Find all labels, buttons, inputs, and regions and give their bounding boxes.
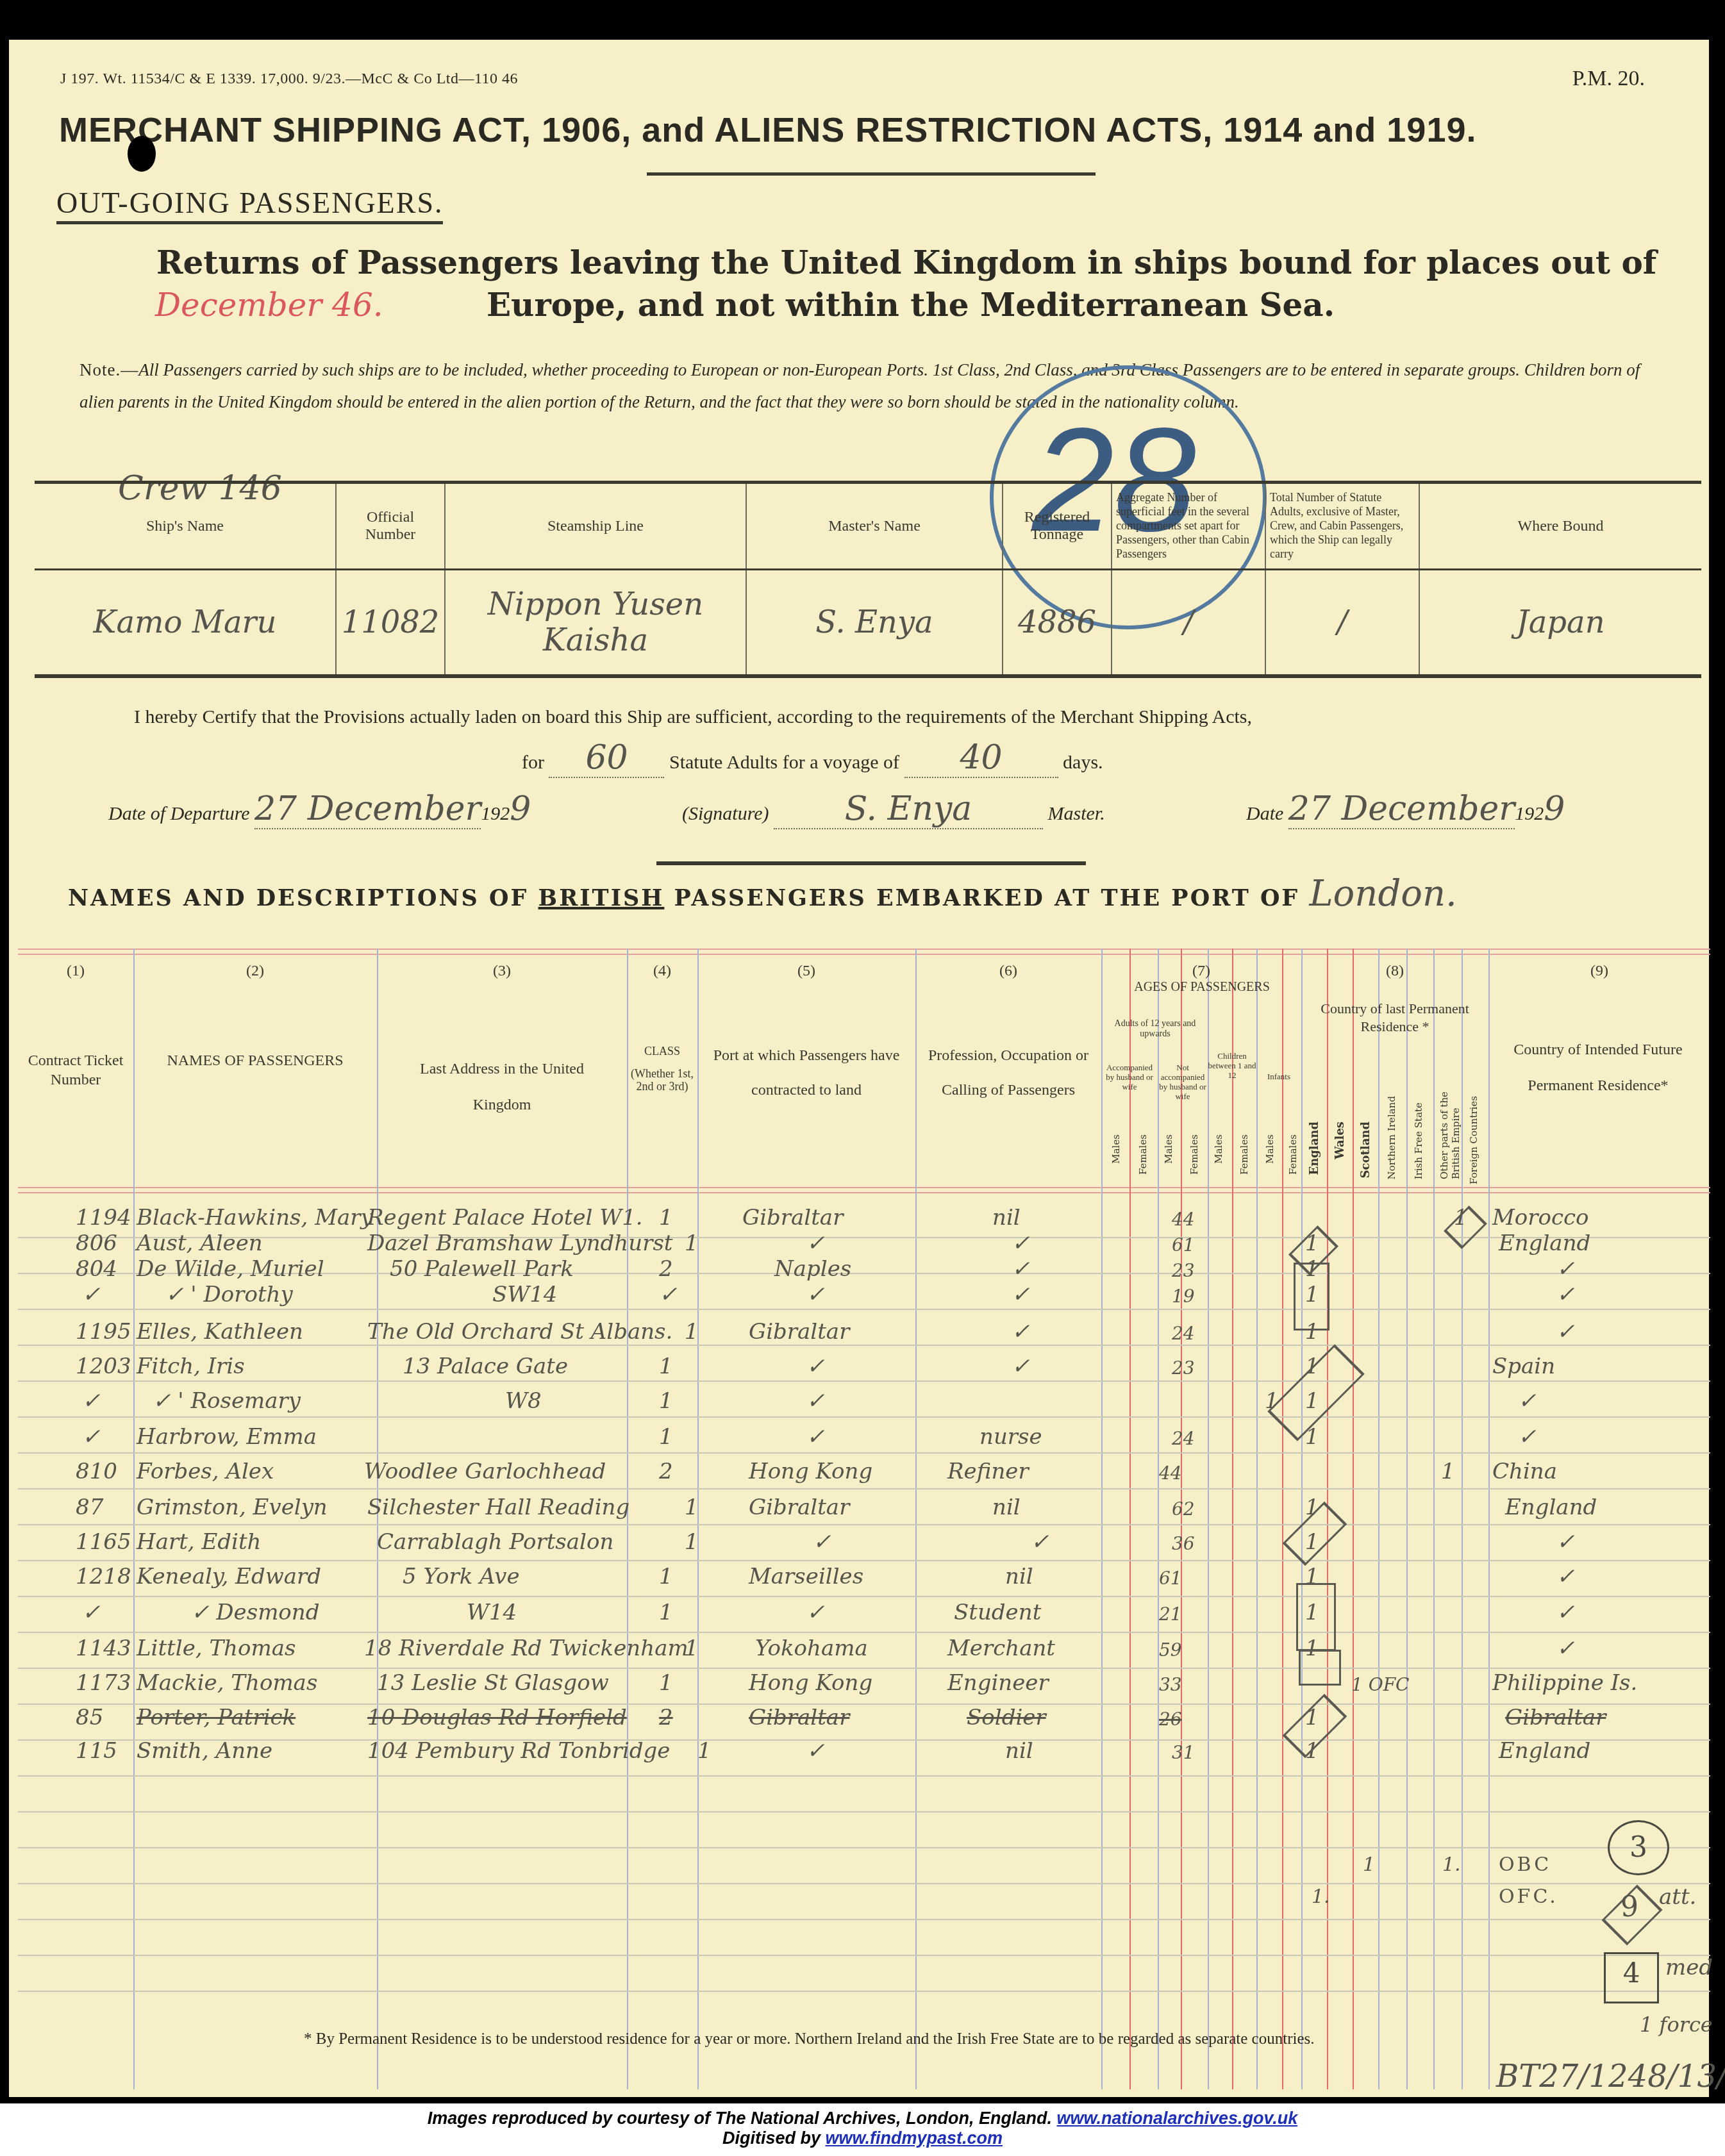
voyage-days-value: 40 xyxy=(904,738,1058,778)
last-address: The Old Orchard St Albans. xyxy=(367,1319,672,1345)
title-pre: NAMES AND DESCRIPTIONS OF xyxy=(68,885,528,911)
credit-text: Images reproduced by courtesy of The Nat… xyxy=(428,2109,1052,2128)
profession: Refiner xyxy=(947,1459,1029,1484)
port-of-landing: Hong Kong xyxy=(749,1459,872,1484)
signature-label: (Signature) xyxy=(682,803,769,824)
tally-mark: 1. xyxy=(1312,1886,1330,1908)
last-address: 5 York Ave xyxy=(403,1564,520,1589)
header-last-address: Last Address in the United Kingdom xyxy=(390,1051,614,1123)
header-ship-name: Ship's Name xyxy=(35,483,336,570)
port-of-landing: ✓ xyxy=(806,1231,825,1256)
ticket-number: 1165 xyxy=(76,1529,131,1555)
future-residence: ✓ xyxy=(1556,1256,1575,1282)
port-of-landing: ✓ xyxy=(806,1738,825,1764)
credit-line-2: Digitised by www.findmypast.com xyxy=(0,2128,1725,2148)
class: 1 xyxy=(685,1231,699,1256)
diamond-mark xyxy=(1283,1502,1347,1566)
passenger-name: Forbes, Alex xyxy=(137,1459,274,1484)
passenger-name: Black-Hawkins, Mary xyxy=(137,1205,373,1231)
ticket-number: ✓ xyxy=(82,1600,101,1625)
last-address: 50 Palewell Park xyxy=(390,1256,574,1282)
col-num-7: (7) xyxy=(1101,961,1301,981)
age: 26 xyxy=(1159,1709,1182,1730)
header-where-bound: Where Bound xyxy=(1419,483,1701,570)
title-british: BRITISH xyxy=(538,885,665,911)
ticket-number: 1143 xyxy=(76,1636,131,1661)
note-label: Note.— xyxy=(79,360,138,379)
steamship-line: Nippon Yusen Kaisha xyxy=(445,570,746,676)
ticket-number: ✓ xyxy=(82,1282,101,1307)
port-of-landing: ✓ xyxy=(806,1600,825,1625)
statute-label: Statute Adults for a voyage of xyxy=(669,752,899,773)
port-of-landing: ✓ xyxy=(806,1282,825,1307)
last-address: 10 Douglas Rd Horfield xyxy=(367,1705,627,1730)
age: 21 xyxy=(1159,1604,1182,1625)
note: Note.—All Passengers carried by such shi… xyxy=(79,354,1656,418)
passenger-name: Grimston, Evelyn xyxy=(137,1495,328,1520)
days-label: days. xyxy=(1063,752,1103,773)
age: 36 xyxy=(1172,1533,1195,1554)
port-of-landing: Gibraltar xyxy=(749,1495,849,1520)
port-of-landing: Gibraltar xyxy=(749,1705,849,1730)
class: 1 xyxy=(659,1600,673,1625)
future-residence: ✓ xyxy=(1556,1529,1575,1555)
age: 19 xyxy=(1172,1286,1195,1307)
residence-mark: 1 xyxy=(1441,1459,1455,1484)
port-of-landing: ✓ xyxy=(806,1354,825,1379)
credit-line-1: Images reproduced by courtesy of The Nat… xyxy=(0,2103,1725,2128)
age: 33 xyxy=(1159,1674,1182,1695)
profession: ✓ xyxy=(1012,1319,1030,1345)
ticket-number: ✓ xyxy=(82,1388,101,1414)
port-of-embarkation: London. xyxy=(1309,873,1456,915)
profession: Merchant xyxy=(947,1636,1055,1661)
date-year-suffix: 9 xyxy=(1544,790,1565,828)
red-date-annotation: December 46. xyxy=(155,286,383,324)
last-address: W8 xyxy=(505,1388,542,1414)
class: 1 xyxy=(685,1529,699,1555)
col-num-4: (4) xyxy=(627,961,697,981)
future-residence: Spain xyxy=(1492,1354,1555,1379)
archive-reference: BT27/1248/13/1 xyxy=(1496,2059,1725,2094)
header-england: England xyxy=(1308,1122,1321,1175)
col-num-3: (3) xyxy=(377,961,627,981)
age: 44 xyxy=(1159,1463,1182,1484)
ticket-number: 1195 xyxy=(76,1319,131,1345)
act-title: MERCHANT SHIPPING ACT, 1906, and ALIENS … xyxy=(59,110,1476,150)
age: 23 xyxy=(1172,1260,1195,1281)
last-address: W14 xyxy=(467,1600,517,1625)
header-ages: AGES OF PASSENGERS xyxy=(1103,981,1301,993)
port-of-landing: ✓ xyxy=(813,1529,831,1555)
col-num-6: (6) xyxy=(915,961,1101,981)
ticket-number: 1194 xyxy=(76,1205,131,1231)
departure-year-suffix: 9 xyxy=(510,790,531,828)
ship-row: Kamo Maru 11082 Nippon Yusen Kaisha S. E… xyxy=(35,570,1701,676)
footnote: * By Permanent Residence is to be unders… xyxy=(304,2030,1314,2048)
header-females: Females xyxy=(1137,1134,1149,1175)
passenger-name: Aust, Aleen xyxy=(137,1231,263,1256)
returns-heading-line2: Europe, and not within the Mediterranean… xyxy=(487,286,1335,324)
future-residence: ✓ xyxy=(1518,1388,1537,1414)
header-children: Children between 1 and 12 xyxy=(1208,1051,1256,1080)
aggregate-feet: / xyxy=(1112,570,1265,676)
box-mark xyxy=(1294,1263,1329,1331)
divider xyxy=(656,861,1086,865)
total-adults: / xyxy=(1265,570,1419,676)
header-not-accompanied: Not accompanied by husband or wife xyxy=(1158,1063,1208,1101)
class: 1 xyxy=(659,1424,673,1450)
last-address: SW14 xyxy=(492,1282,558,1307)
header-males: Males xyxy=(1264,1134,1276,1164)
age: 59 xyxy=(1159,1639,1182,1661)
profession: Engineer xyxy=(947,1670,1049,1696)
col-num-9: (9) xyxy=(1488,961,1710,981)
class: 2 xyxy=(659,1256,673,1282)
class: 1 xyxy=(685,1636,699,1661)
port-of-landing: Hong Kong xyxy=(749,1670,872,1696)
passenger-name: Kenealy, Edward xyxy=(137,1564,321,1589)
header-adults: Adults of 12 years and upwards xyxy=(1103,1019,1208,1040)
header-total-adults: Total Number of Statute Adults, exclusiv… xyxy=(1265,483,1419,570)
passenger-name: Smith, Anne xyxy=(137,1738,272,1764)
ticket-number: 1218 xyxy=(76,1564,131,1589)
future-residence: China xyxy=(1492,1459,1557,1484)
credits-bar: Images reproduced by courtesy of The Nat… xyxy=(0,2103,1725,2156)
statute-adults-value: 60 xyxy=(549,738,664,778)
future-residence: England xyxy=(1499,1738,1590,1764)
future-residence: Gibraltar xyxy=(1505,1705,1606,1730)
header-last-residence: Country of last Permanent Residence * xyxy=(1303,1000,1487,1036)
signed-date: 27 December xyxy=(1288,790,1515,829)
last-address: 104 Pembury Rd Tonbridge xyxy=(367,1738,670,1764)
ticket-number: ✓ xyxy=(82,1424,101,1450)
passenger-name: Porter, Patrick xyxy=(137,1705,296,1730)
master-label: Master. xyxy=(1048,803,1105,824)
future-residence: ✓ xyxy=(1556,1319,1575,1345)
ticket-number: 806 xyxy=(76,1231,117,1256)
returns-heading-line1: Returns of Passengers leaving the United… xyxy=(156,244,1656,281)
header-foreign-countries: Foreign Countries xyxy=(1468,1096,1479,1184)
class: 1 xyxy=(659,1205,673,1231)
future-residence: England xyxy=(1499,1231,1590,1256)
last-address: Dazel Bramshaw Lyndhurst xyxy=(367,1231,673,1256)
profession: ✓ xyxy=(1012,1256,1030,1282)
port-of-landing: Yokohama xyxy=(755,1636,868,1661)
header-master-name: Master's Name xyxy=(746,483,1003,570)
profession: ✓ xyxy=(1012,1231,1030,1256)
box-mark xyxy=(1296,1583,1336,1651)
header-aggregate-feet: Aggregate Number of superficial feet in … xyxy=(1112,483,1265,570)
diamond-tally: 9 xyxy=(1621,1891,1638,1923)
col-num-5: (5) xyxy=(697,961,915,981)
departure-year-prefix: 192 xyxy=(481,803,510,824)
header-registered-tonnage: Registered Tonnage xyxy=(1003,483,1112,570)
header-males: Males xyxy=(1163,1134,1174,1164)
header-wales: Wales xyxy=(1333,1122,1347,1159)
future-residence: ✓ xyxy=(1556,1600,1575,1625)
header-class-sub: (Whether 1st, 2nd or 3rd) xyxy=(628,1067,696,1093)
tally-label-obc: OBC xyxy=(1499,1853,1551,1876)
col-num-1: (1) xyxy=(18,961,133,981)
boxed-tally: 4 xyxy=(1604,1952,1659,2003)
port-of-landing: ✓ xyxy=(806,1424,825,1450)
date-line: Date 27 December1929 xyxy=(1246,790,1565,829)
header-females: Females xyxy=(1188,1134,1200,1175)
header-contract-ticket: Contract Ticket Number xyxy=(24,1051,127,1090)
departure-label: Date of Departure xyxy=(108,803,250,824)
last-address: 13 Palace Gate xyxy=(403,1354,568,1379)
registered-tonnage: 4886 xyxy=(1003,570,1112,676)
profession: ✓ xyxy=(1012,1282,1030,1307)
passenger-name: Little, Thomas xyxy=(137,1636,296,1661)
departure-line: Date of Departure 27 December1929 xyxy=(108,790,531,829)
last-address: Woodlee Garlochhead xyxy=(364,1459,606,1484)
ship-name: Kamo Maru xyxy=(35,570,336,676)
header-females: Females xyxy=(1238,1134,1250,1175)
passenger-name: De Wilde, Muriel xyxy=(137,1256,324,1282)
master-signature: S. Enya xyxy=(774,790,1043,829)
signature-line: (Signature) S. Enya Master. xyxy=(682,790,1105,829)
section-title: OUT-GOING PASSENGERS. xyxy=(56,186,443,224)
port-of-landing: Gibraltar xyxy=(749,1319,849,1345)
diamond-mark xyxy=(1444,1206,1487,1249)
age: 24 xyxy=(1172,1428,1195,1449)
header-steamship-line: Steamship Line xyxy=(445,483,746,570)
ticket-number: 115 xyxy=(76,1738,117,1764)
profession: ✓ xyxy=(1031,1529,1049,1555)
port-of-landing: Gibraltar xyxy=(742,1205,843,1231)
profession: nil xyxy=(992,1495,1021,1520)
ticket-number: 810 xyxy=(76,1459,117,1484)
profession: nil xyxy=(1005,1738,1033,1764)
last-address: 13 Leslie St Glasgow xyxy=(377,1670,609,1696)
age: 61 xyxy=(1172,1234,1195,1256)
findmypast-link[interactable]: www.findmypast.com xyxy=(826,2128,1003,2148)
header-scotland: Scotland xyxy=(1359,1122,1372,1178)
last-address: Regent Palace Hotel W1. xyxy=(367,1205,643,1231)
last-address: Silchester Hall Reading xyxy=(367,1495,629,1520)
official-number: 11082 xyxy=(336,570,445,676)
header-class: CLASS xyxy=(628,1045,696,1057)
passenger-name: ✓ ' Dorothy xyxy=(165,1282,293,1307)
age: 44 xyxy=(1172,1209,1195,1230)
provisions-line: for 60 Statute Adults for a voyage of 40… xyxy=(522,738,1103,778)
col-num-2: (2) xyxy=(133,961,377,981)
class: 1 xyxy=(659,1564,673,1589)
passenger-name: ✓ Desmond xyxy=(191,1600,320,1625)
header-females: Females xyxy=(1287,1134,1299,1175)
ticket-number: 804 xyxy=(76,1256,117,1282)
future-residence: ✓ xyxy=(1556,1282,1575,1307)
last-address: 18 Riverdale Rd Twickenham xyxy=(364,1636,688,1661)
profession: Student xyxy=(954,1600,1041,1625)
future-residence: ✓ xyxy=(1518,1424,1537,1450)
form-number: P.M. 20. xyxy=(1572,67,1645,91)
tally-mark: 1 xyxy=(1363,1853,1375,1876)
header-males: Males xyxy=(1110,1134,1122,1164)
circled-tally: 3 xyxy=(1608,1820,1669,1875)
passenger-table: (1) (2) (3) (4) (5) (6) (7) (8) (9) Cont… xyxy=(18,949,1710,2089)
passenger-name: ✓ ' Rosemary xyxy=(153,1388,301,1414)
punch-hole xyxy=(128,136,156,172)
ticket-number: 87 xyxy=(76,1495,103,1520)
tally-label-ofc: OFC. xyxy=(1499,1886,1558,1908)
form-sheet: J 197. Wt. 11534/C & E 1339. 17,000. 9/2… xyxy=(9,40,1709,2097)
age: 24 xyxy=(1172,1323,1195,1344)
future-residence: Morocco xyxy=(1492,1205,1589,1231)
header-official-number: Official Number xyxy=(336,483,445,570)
header-names: NAMES OF PASSENGERS xyxy=(165,1051,345,1070)
future-residence: Philippine Is. xyxy=(1492,1670,1637,1696)
print-reference: J 197. Wt. 11534/C & E 1339. 17,000. 9/2… xyxy=(60,70,518,88)
class: ✓ xyxy=(659,1282,678,1307)
residence-mark: 1 OFC xyxy=(1351,1674,1410,1695)
passenger-name: Fitch, Iris xyxy=(137,1354,245,1379)
passenger-name: Mackie, Thomas xyxy=(137,1670,317,1696)
header-profession: Profession, Occupation or Calling of Pas… xyxy=(922,1038,1095,1107)
for-label: for xyxy=(522,752,544,773)
date-year-prefix: 192 xyxy=(1515,803,1544,824)
ticket-number: 1173 xyxy=(76,1670,131,1696)
title-post: PASSENGERS EMBARKED AT THE PORT OF xyxy=(674,885,1300,911)
master-name: S. Enya xyxy=(746,570,1003,676)
col-num-8: (8) xyxy=(1301,961,1488,981)
port-of-landing: ✓ xyxy=(806,1388,825,1414)
port-of-landing: Marseilles xyxy=(749,1564,863,1589)
class: 1 xyxy=(659,1670,673,1696)
passengers-section-title: NAMES AND DESCRIPTIONS OF BRITISH PASSEN… xyxy=(68,873,1457,915)
header-port: Port at which Passengers have contracted… xyxy=(704,1038,909,1107)
tally-label-att: att. xyxy=(1659,1884,1696,1910)
passenger-name: Hart, Edith xyxy=(137,1529,261,1555)
date-label: Date xyxy=(1246,803,1283,824)
where-bound: Japan xyxy=(1419,570,1701,676)
future-residence: ✓ xyxy=(1556,1636,1575,1661)
class: 1 xyxy=(659,1354,673,1379)
age: 62 xyxy=(1172,1498,1195,1520)
class: 2 xyxy=(659,1459,673,1484)
age: 23 xyxy=(1172,1357,1195,1379)
age: 31 xyxy=(1172,1742,1195,1763)
header-other-british-empire: Other parts of the British Empire xyxy=(1438,1083,1460,1179)
ticket-number: 85 xyxy=(76,1705,103,1730)
class: 1 xyxy=(685,1495,699,1520)
tally-label-force: 1 force xyxy=(1640,2012,1713,2037)
profession: nil xyxy=(992,1205,1021,1231)
header-infants: Infants xyxy=(1256,1070,1301,1083)
last-address: Carrablagh Portsalon xyxy=(377,1529,613,1555)
tally-label-med: med xyxy=(1665,1955,1713,1980)
profession: nurse xyxy=(979,1424,1042,1450)
header-northern-ireland: Northern Ireland xyxy=(1386,1096,1397,1179)
class: 1 xyxy=(697,1738,712,1764)
passenger-name: Harbrow, Emma xyxy=(137,1424,317,1450)
profession: ✓ xyxy=(1012,1354,1030,1379)
port-of-landing: Naples xyxy=(774,1256,851,1282)
class: 1 xyxy=(685,1319,699,1345)
header-accompanied: Accompanied by husband or wife xyxy=(1103,1063,1156,1091)
tally-mark: 1. xyxy=(1442,1853,1461,1876)
departure-date: 27 December xyxy=(254,790,481,829)
class: 1 xyxy=(659,1388,673,1414)
ticket-number: 1203 xyxy=(76,1354,131,1379)
header-future-residence: Country of Intended Future Permanent Res… xyxy=(1499,1032,1697,1104)
passenger-name: Elles, Kathleen xyxy=(137,1319,303,1345)
certification-text: I hereby Certify that the Provisions act… xyxy=(134,706,1252,728)
header-males: Males xyxy=(1213,1134,1224,1164)
national-archives-link[interactable]: www.nationalarchives.gov.uk xyxy=(1057,2109,1298,2128)
ship-details-table: Ship's Name Official Number Steamship Li… xyxy=(35,481,1701,678)
age: 61 xyxy=(1159,1568,1182,1589)
credit-text: Digitised by xyxy=(722,2128,821,2148)
profession: nil xyxy=(1005,1564,1033,1589)
box-mark xyxy=(1299,1650,1341,1686)
class: 2 xyxy=(659,1705,673,1730)
divider xyxy=(647,172,1096,176)
profession: Soldier xyxy=(967,1705,1046,1730)
header-irish-free-state: Irish Free State xyxy=(1413,1102,1424,1179)
note-text: All Passengers carried by such ships are… xyxy=(79,360,1640,411)
future-residence: ✓ xyxy=(1556,1564,1575,1589)
future-residence: England xyxy=(1505,1495,1597,1520)
